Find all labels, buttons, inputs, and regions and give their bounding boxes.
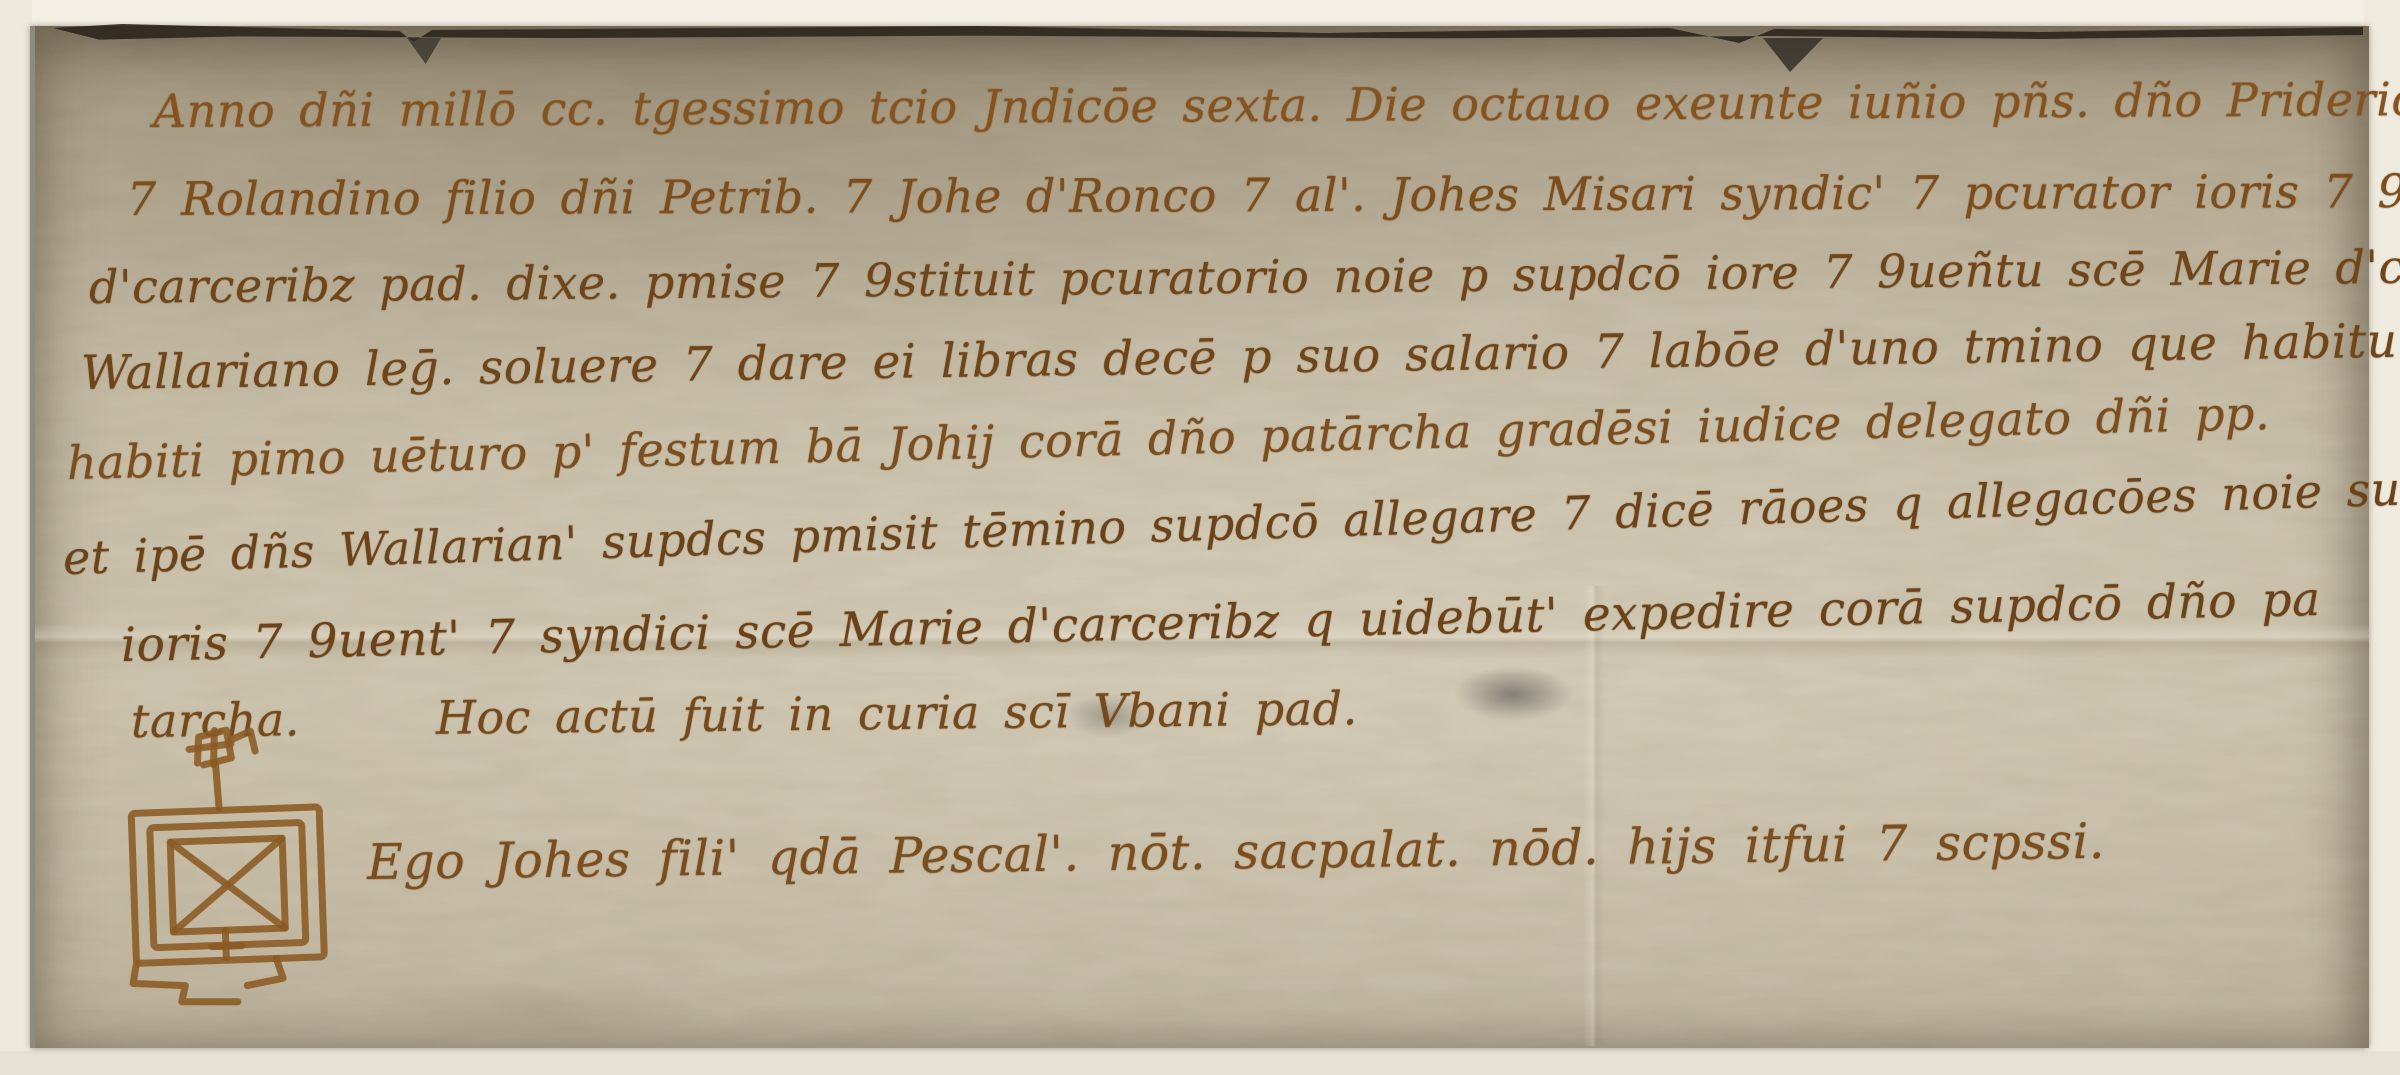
text-line: Anno dñi millō cc. tgessimo tcio Jndicōe… — [153, 71, 2400, 138]
mat-border — [2364, 0, 2400, 1075]
notary-sign — [118, 714, 343, 1011]
closing-actum: Hoc actū fuit in curia scī Vbani pad. — [436, 681, 1358, 745]
text-line: 7 Rolandino filio dñi Petrib. 7 Johe d'R… — [127, 163, 2400, 226]
notary-subscription-line: Ego Johes fili' qdā Pescal'. nōt. sacpal… — [367, 813, 2106, 891]
manuscript-text-block: Anno dñi millō cc. tgessimo tcio Jndicōe… — [35, 26, 2369, 1048]
text-line: ioris 7 9uent' 7 syndici scē Marie d'car… — [120, 572, 2321, 673]
text-line: d'carceribz pad. dixe. pmise 7 9stituit … — [89, 237, 2400, 314]
mat-border — [0, 0, 32, 1075]
mat-border — [0, 0, 2400, 26]
parchment-sheet: Anno dñi millō cc. tgessimo tcio Jndicōe… — [30, 26, 2369, 1048]
notary-sign-drawing — [118, 714, 343, 1011]
mat-border — [0, 1051, 2400, 1075]
text-line: Wallariano leḡ. soluere 7 dare ei libras… — [81, 311, 2400, 401]
photo-frame: Anno dñi millō cc. tgessimo tcio Jndicōe… — [0, 0, 2400, 1075]
